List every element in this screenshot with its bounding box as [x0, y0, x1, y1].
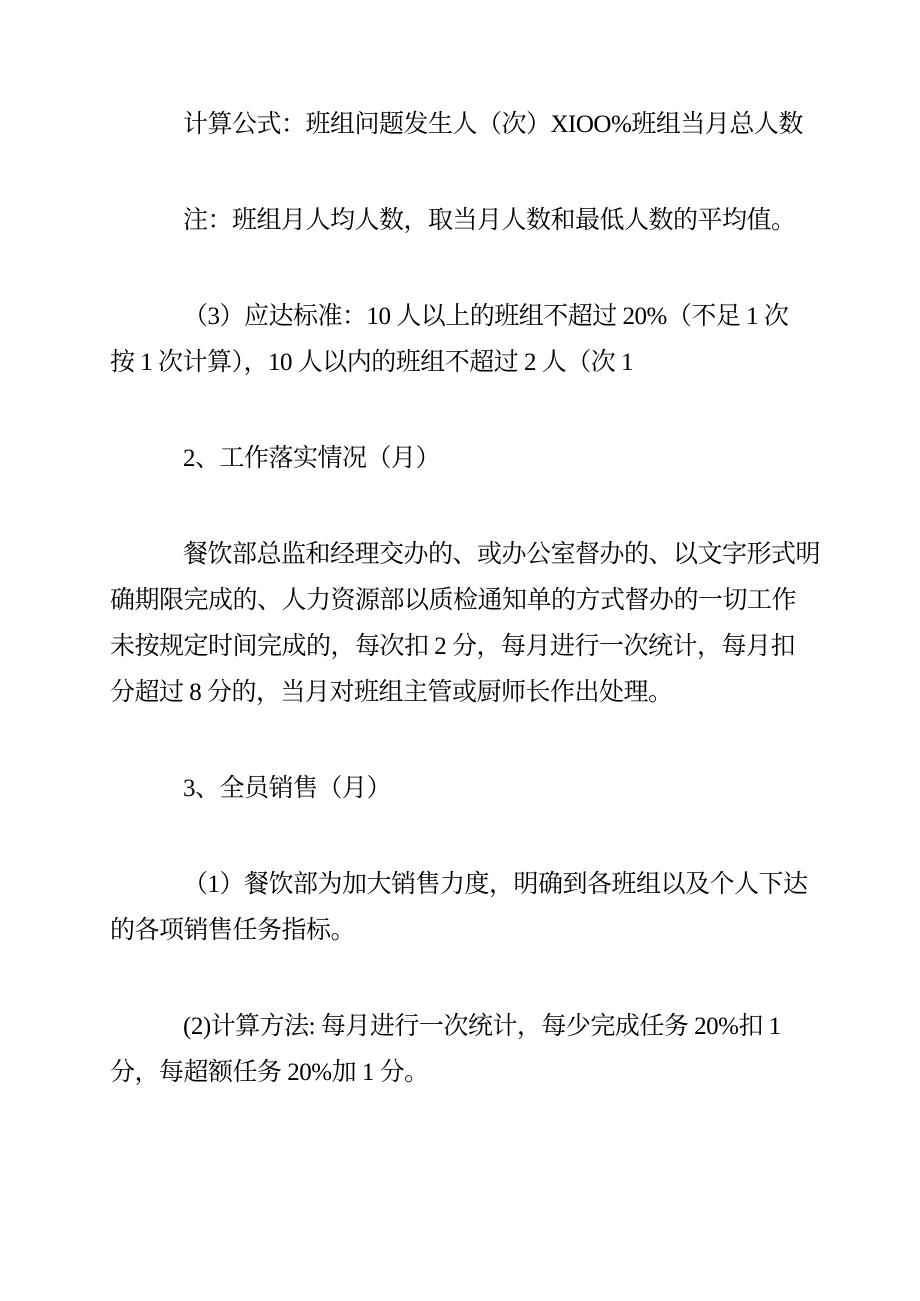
doc-line: 2、工作落实情况（月）: [110, 436, 802, 482]
doc-line: （3）应达标准：10 人以上的班组不超过 20%（不足 1 次: [110, 294, 802, 340]
doc-line: 确期限完成的、人力资源部以质检通知单的方式督办的一切工作: [110, 578, 802, 624]
doc-line: 按 1 次计算），10 人以内的班组不超过 2 人（次 1: [110, 340, 802, 386]
doc-line: 分超过 8 分的，当月对班组主管或厨师长作出处理。: [110, 670, 802, 716]
doc-line: 的各项销售任务指标。: [110, 908, 802, 954]
doc-line: （1）餐饮部为加大销售力度，明确到各班组以及个人下达: [110, 862, 802, 908]
heading-all-staff-sales: 3、全员销售（月）: [110, 766, 802, 812]
doc-line: 分，每超额任务 20%加 1 分。: [110, 1050, 802, 1096]
paragraph-standard: （3）应达标准：10 人以上的班组不超过 20%（不足 1 次 按 1 次计算）…: [110, 294, 802, 386]
paragraph-sales-targets: （1）餐饮部为加大销售力度，明确到各班组以及个人下达 的各项销售任务指标。: [110, 862, 802, 954]
heading-work-implementation: 2、工作落实情况（月）: [110, 436, 802, 482]
paragraph-calc-formula: 计算公式：班组问题发生人（次）XIOO%班组当月总人数: [110, 102, 802, 148]
paragraph-work-implementation-body: 餐饮部总监和经理交办的、或办公室督办的、以文字形式明 确期限完成的、人力资源部以…: [110, 532, 802, 716]
doc-line: 未按规定时间完成的，每次扣 2 分，每月进行一次统计，每月扣: [110, 624, 802, 670]
doc-line: 注：班组月人均人数，取当月人数和最低人数的平均值。: [110, 198, 802, 244]
doc-line: 餐饮部总监和经理交办的、或办公室督办的、以文字形式明: [110, 532, 802, 578]
doc-line: 3、全员销售（月）: [110, 766, 802, 812]
paragraph-sales-calc-method: (2)计算方法: 每月进行一次统计，每少完成任务 20%扣 1 分，每超额任务 …: [110, 1004, 802, 1096]
doc-line: 计算公式：班组问题发生人（次）XIOO%班组当月总人数: [110, 102, 802, 148]
paragraph-note: 注：班组月人均人数，取当月人数和最低人数的平均值。: [110, 198, 802, 244]
document-page: 计算公式：班组问题发生人（次）XIOO%班组当月总人数 注：班组月人均人数，取当…: [0, 0, 920, 1301]
doc-line: (2)计算方法: 每月进行一次统计，每少完成任务 20%扣 1: [110, 1004, 802, 1050]
